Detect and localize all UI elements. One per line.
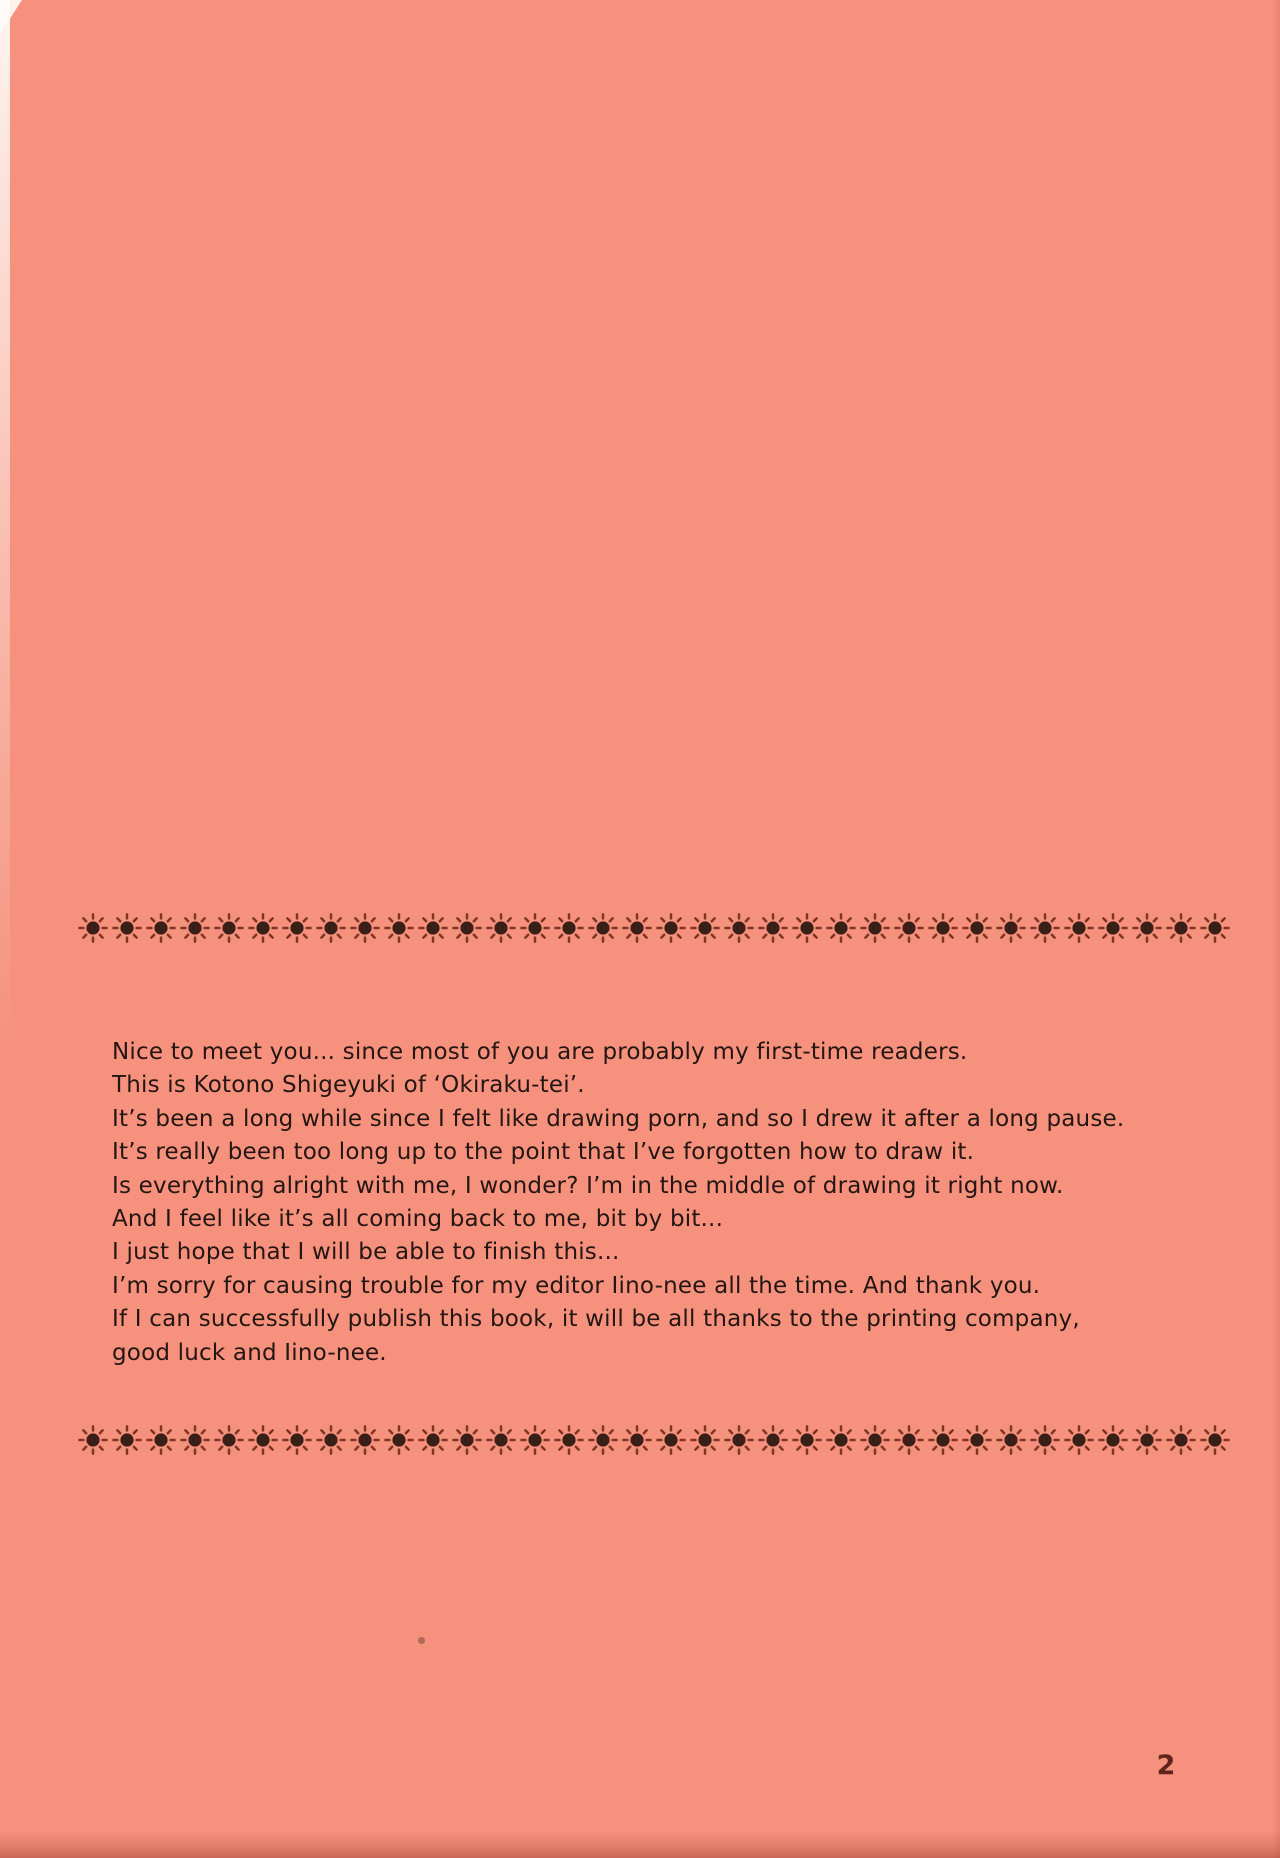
sun-icon bbox=[486, 913, 516, 943]
sun-icon bbox=[656, 1425, 686, 1455]
sun-icon bbox=[826, 913, 856, 943]
sun-icon bbox=[316, 913, 346, 943]
sun-icon bbox=[418, 913, 448, 943]
scan-edge-shadow-right bbox=[1272, 0, 1280, 1858]
sun-icon bbox=[282, 913, 312, 943]
sun-icon bbox=[384, 1425, 414, 1455]
scan-edge-highlight bbox=[0, 0, 10, 1050]
divider-bottom bbox=[78, 1423, 1162, 1457]
sun-icon bbox=[758, 1425, 788, 1455]
sun-icon bbox=[724, 913, 754, 943]
scanned-page: Nice to meet you... since most of you ar… bbox=[0, 0, 1280, 1858]
sun-icon bbox=[350, 913, 380, 943]
sun-icon bbox=[724, 1425, 754, 1455]
sun-icon bbox=[894, 913, 924, 943]
sun-icon bbox=[384, 913, 414, 943]
sun-icon bbox=[656, 913, 686, 943]
scan-edge-shadow-bottom bbox=[0, 1830, 1280, 1858]
sun-icon bbox=[792, 913, 822, 943]
afterword-text: Nice to meet you... since most of you ar… bbox=[112, 1036, 1252, 1370]
sun-icon bbox=[452, 913, 482, 943]
sun-icon bbox=[826, 1425, 856, 1455]
sun-icon bbox=[860, 1425, 890, 1455]
sun-icon bbox=[1030, 913, 1060, 943]
sun-icon bbox=[282, 1425, 312, 1455]
sun-icon bbox=[758, 913, 788, 943]
sun-icon bbox=[214, 1425, 244, 1455]
sun-icon bbox=[962, 913, 992, 943]
sun-icon bbox=[996, 913, 1026, 943]
sun-icon bbox=[112, 913, 142, 943]
sun-icon bbox=[248, 1425, 278, 1455]
sun-icon bbox=[622, 913, 652, 943]
text-line: And I feel like it’s all coming back to … bbox=[112, 1203, 1252, 1236]
sun-icon bbox=[350, 1425, 380, 1455]
text-line: This is Kotono Shigeyuki of ‘Okiraku-tei… bbox=[112, 1069, 1252, 1102]
sun-icon bbox=[112, 1425, 142, 1455]
sun-icon bbox=[520, 913, 550, 943]
text-line: If I can successfully publish this book,… bbox=[112, 1303, 1252, 1336]
sun-icon bbox=[1132, 1425, 1162, 1455]
sun-icon bbox=[554, 1425, 584, 1455]
sun-icon bbox=[1098, 1425, 1128, 1455]
sun-icon bbox=[588, 913, 618, 943]
sun-icon bbox=[1166, 913, 1196, 943]
sun-icon bbox=[1132, 913, 1162, 943]
sun-icon bbox=[690, 1425, 720, 1455]
sun-icon bbox=[1098, 913, 1128, 943]
sun-icon bbox=[214, 913, 244, 943]
text-line: It’s been a long while since I felt like… bbox=[112, 1103, 1252, 1136]
sun-icon bbox=[418, 1425, 448, 1455]
sun-icon bbox=[486, 1425, 516, 1455]
sun-icon bbox=[690, 913, 720, 943]
sun-icon bbox=[248, 913, 278, 943]
text-line: It’s really been too long up to the poin… bbox=[112, 1136, 1252, 1169]
sun-icon bbox=[860, 913, 890, 943]
sun-icon bbox=[78, 1425, 108, 1455]
sun-icon bbox=[1200, 913, 1230, 943]
text-line: Is everything alright with me, I wonder?… bbox=[112, 1170, 1252, 1203]
sun-icon bbox=[792, 1425, 822, 1455]
sun-icon bbox=[1064, 913, 1094, 943]
sun-icon bbox=[316, 1425, 346, 1455]
text-line: I just hope that I will be able to finis… bbox=[112, 1236, 1252, 1269]
sun-icon bbox=[146, 913, 176, 943]
divider-top bbox=[78, 911, 1162, 945]
sun-icon bbox=[1064, 1425, 1094, 1455]
page-number: 2 bbox=[1144, 1750, 1188, 1781]
sun-icon bbox=[622, 1425, 652, 1455]
scan-corner-wedge bbox=[0, 0, 22, 34]
sun-icon bbox=[520, 1425, 550, 1455]
sun-icon bbox=[554, 913, 584, 943]
sun-icon bbox=[146, 1425, 176, 1455]
sun-icon bbox=[588, 1425, 618, 1455]
sun-icon bbox=[996, 1425, 1026, 1455]
sun-icon bbox=[452, 1425, 482, 1455]
sun-icon bbox=[180, 1425, 210, 1455]
text-line: Nice to meet you... since most of you ar… bbox=[112, 1036, 1252, 1069]
sun-icon bbox=[1200, 1425, 1230, 1455]
text-line: I’m sorry for causing trouble for my edi… bbox=[112, 1270, 1252, 1303]
sun-icon bbox=[78, 913, 108, 943]
sun-icon bbox=[894, 1425, 924, 1455]
scan-speck bbox=[418, 1637, 425, 1644]
sun-icon bbox=[962, 1425, 992, 1455]
sun-icon bbox=[928, 1425, 958, 1455]
sun-icon bbox=[928, 913, 958, 943]
text-line: good luck and Iino-nee. bbox=[112, 1337, 1252, 1370]
sun-icon bbox=[1030, 1425, 1060, 1455]
sun-icon bbox=[1166, 1425, 1196, 1455]
sun-icon bbox=[180, 913, 210, 943]
